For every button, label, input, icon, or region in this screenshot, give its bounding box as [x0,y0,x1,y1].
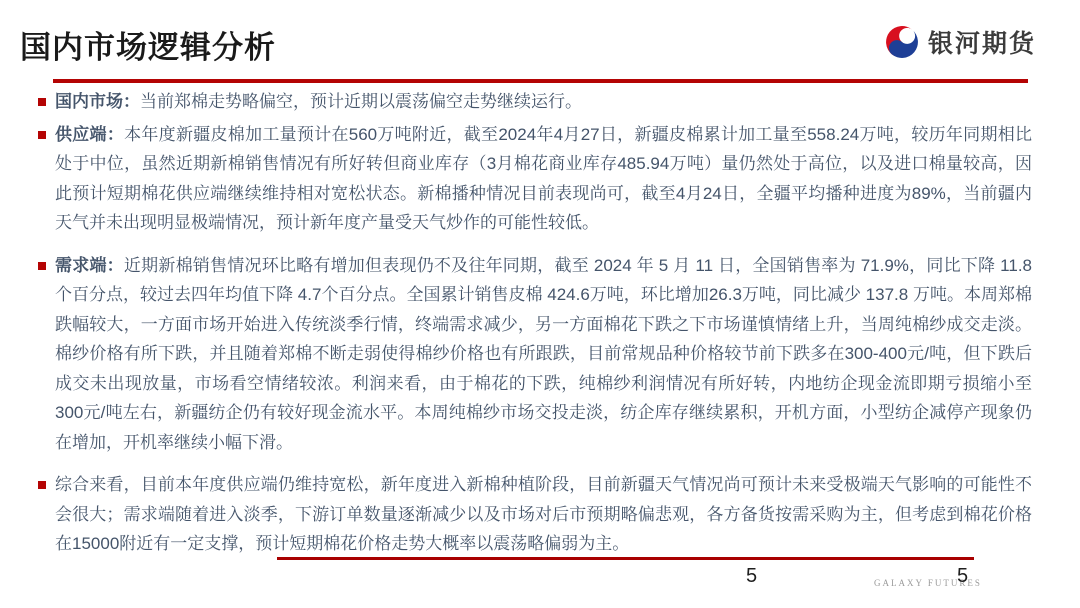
bullet-paragraph: 国内市场：当前郑棉走势略偏空，预计近期以震荡偏空走势继续运行。 [55,87,1032,117]
bullet-square-icon [38,131,46,139]
footer-divider [277,557,974,560]
bullet-item-domestic-market: 国内市场：当前郑棉走势略偏空，预计近期以震荡偏空走势继续运行。 [38,87,1032,117]
bullet-body-text: 综合来看，目前本年度供应端仍维持宽松，新年度进入新棉种植阶段，目前新疆天气情况尚… [55,475,1032,553]
slide: 国内市场逻辑分析 银河期货 国内市场：当前郑棉走势略偏空，预计近期以震荡偏空走势… [0,0,1080,608]
bullet-body-text: 本年度新疆皮棉加工量预计在560万吨附近，截至2024年4月27日，新疆皮棉累计… [55,125,1032,233]
bullet-paragraph: 供应端：本年度新疆皮棉加工量预计在560万吨附近，截至2024年4月27日，新疆… [55,120,1032,238]
brand-name: 银河期货 [928,24,1036,60]
slide-body: 国内市场：当前郑棉走势略偏空，预计近期以震荡偏空走势继续运行。 供应端：本年度新… [38,87,1032,572]
brand-logo: 银河期货 [885,24,1036,60]
bullet-label: 供应端： [55,125,124,144]
bullet-item-summary: 综合来看，目前本年度供应端仍维持宽松，新年度进入新棉种植阶段，目前新疆天气情况尚… [38,470,1032,559]
bullet-label: 需求端： [55,256,124,275]
page-title: 国内市场逻辑分析 [20,22,276,67]
bullet-item-demand: 需求端：近期新棉销售情况环比略有增加但表现仍不及往年同期，截至 2024 年 5… [38,251,1032,458]
bullet-body-text: 近期新棉销售情况环比略有增加但表现仍不及往年同期，截至 2024 年 5 月 1… [55,256,1032,452]
title-divider [53,79,1028,83]
bullet-paragraph: 综合来看，目前本年度供应端仍维持宽松，新年度进入新棉种植阶段，目前新疆天气情况尚… [55,470,1032,559]
bullet-square-icon [38,98,46,106]
bullet-label: 国内市场： [55,92,140,111]
page-number-right: 5 [957,565,968,588]
bullet-paragraph: 需求端：近期新棉销售情况环比略有增加但表现仍不及往年同期，截至 2024 年 5… [55,251,1032,458]
bullet-item-supply: 供应端：本年度新疆皮棉加工量预计在560万吨附近，截至2024年4月27日，新疆… [38,120,1032,238]
bullet-square-icon [38,262,46,270]
page-number: 5 [746,565,757,588]
bullet-square-icon [38,481,46,489]
galaxy-swirl-icon [878,18,926,66]
bullet-body-text: 当前郑棉走势略偏空，预计近期以震荡偏空走势继续运行。 [140,92,582,111]
